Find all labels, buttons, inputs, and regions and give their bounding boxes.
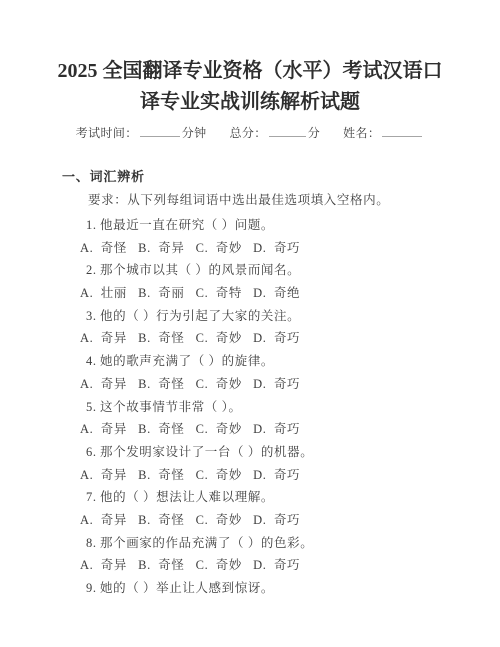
question-line: 4.她的歌声充满了（ ）的旋律。: [86, 355, 500, 368]
paper-title-line2: 译专业实战训练解析试题: [0, 87, 500, 118]
options-line: A. 奇异 B. 奇怪 C. 奇妙 D. 奇巧: [80, 378, 500, 391]
exam-paper-page: 2025 全国翻译专业资格（水平）考试汉语口 译专业实战训练解析试题 考试时间：…: [0, 0, 500, 647]
question-line: 8.那个画家的作品充满了（ ）的色彩。: [86, 537, 500, 550]
question-text: 他的（ ）行为引起了大家的关注。: [100, 309, 300, 323]
question-text: 他的（ ）想法让人难以理解。: [100, 490, 274, 504]
total-score-group: 总分： 分: [230, 124, 321, 141]
paper-title-line1: 2025 全国翻译专业资格（水平）考试汉语口: [0, 56, 500, 87]
options-line: A. 奇异 B. 奇怪 C. 奇妙 D. 奇巧: [80, 559, 500, 572]
question-number: 2.: [86, 264, 100, 277]
exam-meta-row: 考试时间： 分钟 总分： 分 姓名：: [0, 124, 500, 141]
options-line: A. 奇怪 B. 奇异 C. 奇妙 D. 奇巧: [80, 242, 500, 255]
exam-time-blank: [140, 125, 180, 137]
question-line: 5.这个故事情节非常（ ）。: [86, 401, 500, 414]
question-line: 3.他的（ ）行为引起了大家的关注。: [86, 310, 500, 323]
question-line: 6.那个发明家设计了一台（ ）的机器。: [86, 446, 500, 459]
question-line: 2.那个城市以其（ ）的风景而闻名。: [86, 264, 500, 277]
options-line: A. 壮丽 B. 奇丽 C. 奇特 D. 奇绝: [80, 287, 500, 300]
question-text: 她的歌声充满了（ ）的旋律。: [100, 354, 274, 368]
question-line: 1.他最近一直在研究（ ）问题。: [86, 219, 500, 232]
options-line: A. 奇异 B. 奇怪 C. 奇妙 D. 奇巧: [80, 332, 500, 345]
exam-time-label: 考试时间：: [76, 124, 138, 141]
name-label: 姓名：: [343, 124, 380, 141]
question-number: 8.: [86, 537, 100, 550]
question-list: 1.他最近一直在研究（ ）问题。 A. 奇怪 B. 奇异 C. 奇妙 D. 奇巧…: [0, 219, 500, 595]
options-line: A. 奇异 B. 奇怪 C. 奇妙 D. 奇巧: [80, 514, 500, 527]
section-requirement: 要求：从下列每组词语中选出最佳选项填入空格内。: [88, 194, 500, 207]
name-blank: [382, 125, 422, 137]
total-score-label: 总分：: [230, 124, 267, 141]
options-line: A. 奇异 B. 奇怪 C. 奇妙 D. 奇巧: [80, 423, 500, 436]
total-score-unit: 分: [308, 124, 320, 141]
exam-time-group: 考试时间： 分钟: [76, 124, 207, 141]
question-number: 7.: [86, 491, 100, 504]
question-number: 4.: [86, 355, 100, 368]
question-text: 那个城市以其（ ）的风景而闻名。: [100, 263, 300, 277]
total-score-blank: [269, 125, 306, 137]
question-number: 9.: [86, 582, 100, 595]
name-group: 姓名：: [343, 124, 424, 141]
section-heading: 一、词汇辨析: [62, 170, 500, 183]
question-text: 这个故事情节非常（ ）。: [100, 400, 242, 414]
question-number: 6.: [86, 446, 100, 459]
exam-time-unit: 分钟: [182, 124, 207, 141]
options-line: A. 奇异 B. 奇怪 C. 奇妙 D. 奇巧: [80, 469, 500, 482]
question-text: 那个画家的作品充满了（ ）的色彩。: [100, 536, 313, 550]
question-text: 那个发明家设计了一台（ ）的机器。: [100, 445, 313, 459]
question-line: 7.他的（ ）想法让人难以理解。: [86, 491, 500, 504]
question-line: 9.她的（ ）举止让人感到惊讶。: [86, 582, 500, 595]
paper-title: 2025 全国翻译专业资格（水平）考试汉语口 译专业实战训练解析试题: [0, 56, 500, 118]
question-number: 5.: [86, 401, 100, 414]
question-number: 1.: [86, 219, 100, 232]
question-text: 她的（ ）举止让人感到惊讶。: [100, 581, 274, 595]
question-text: 他最近一直在研究（ ）问题。: [100, 218, 274, 232]
question-number: 3.: [86, 310, 100, 323]
